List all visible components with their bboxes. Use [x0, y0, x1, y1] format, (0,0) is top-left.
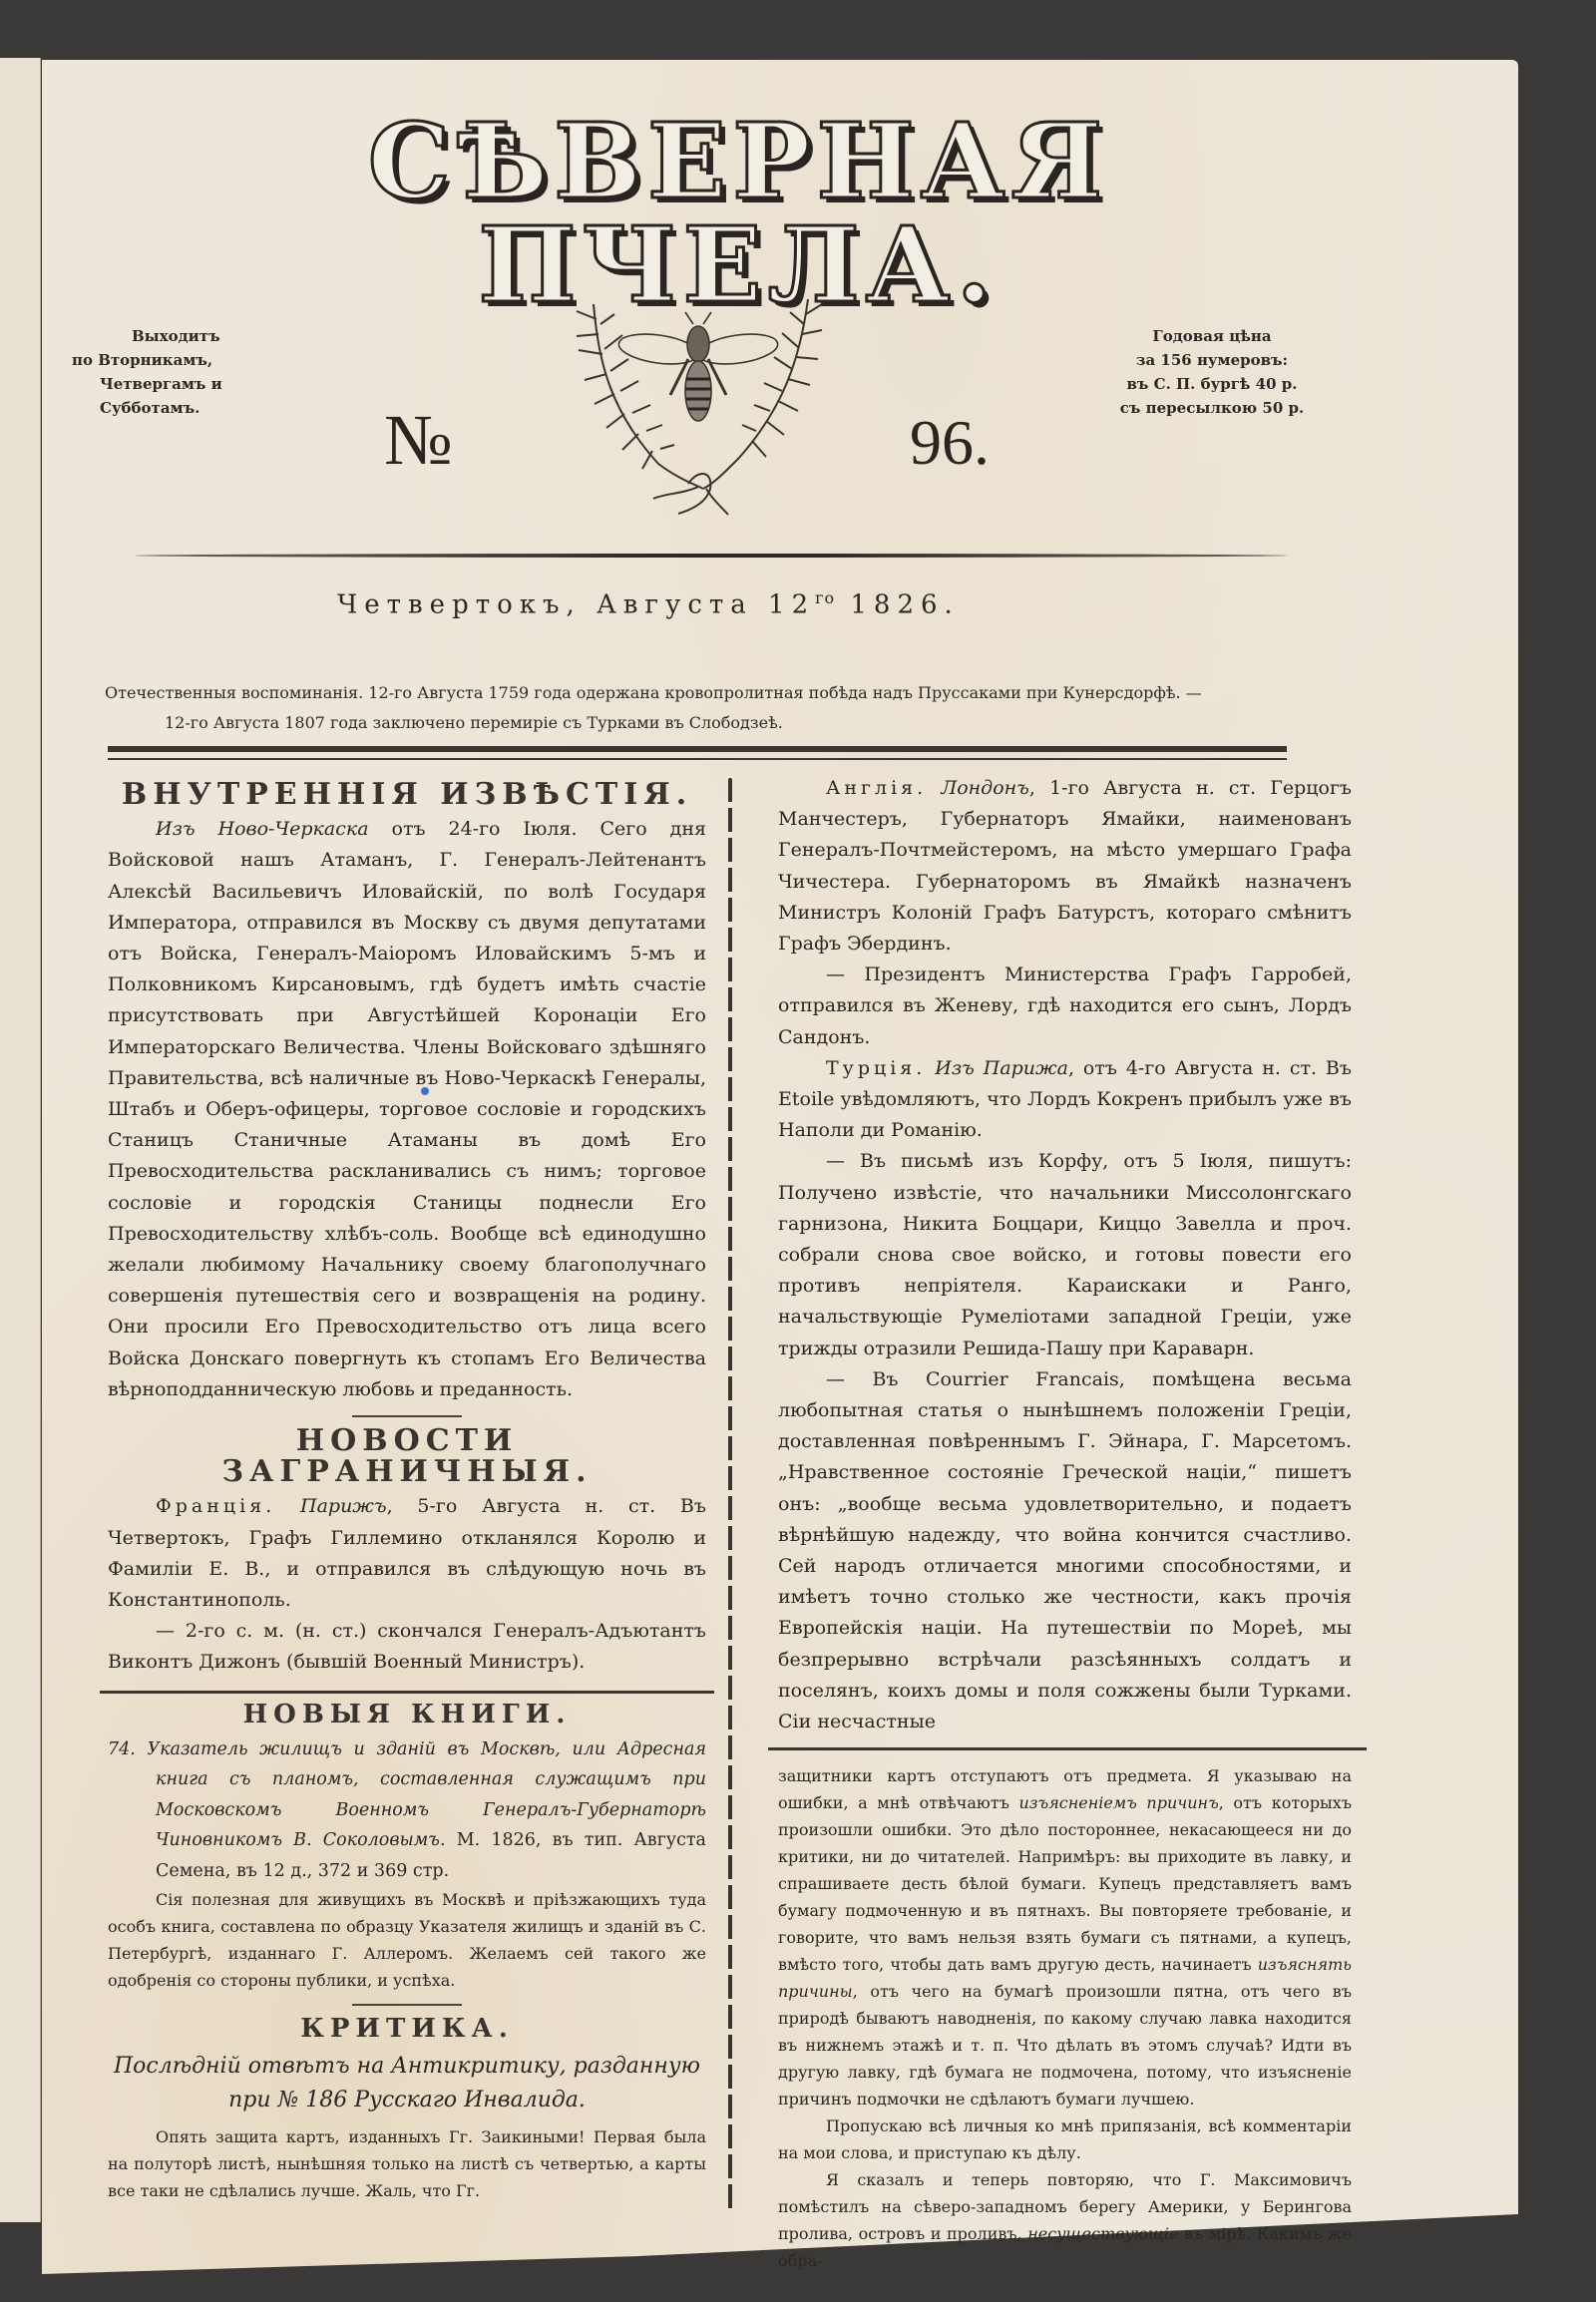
issue-number-label: № [384, 404, 453, 476]
article-corfu: — Въ письмѣ изъ Корфу, отъ 5 Іюля, пишут… [778, 1146, 1352, 1363]
article-text: , 1-го Августа н. ст. Герцогъ Манчестеръ… [778, 777, 1352, 955]
city-label: Изъ Парижа [935, 1057, 1068, 1079]
bee-wreath-icon [539, 279, 858, 519]
section-title-critique: КРИТИКА. [108, 2014, 706, 2045]
article-novocherkassk: Изъ Ново-Черкаска отъ 24-го Іюля. Сего д… [108, 814, 706, 1405]
book-review: Сія полезная для живущихъ въ Москвѣ и пр… [108, 1886, 706, 1994]
price-line: въ С. П. бургѣ 40 р. [1087, 372, 1337, 396]
country-label: Турція. [826, 1057, 926, 1079]
critique-paragraph: Я сказалъ и теперь повторяю, что Г. Макс… [778, 2166, 1352, 2274]
article-turkey: Турція. Изъ Парижа, отъ 4-го Августа н. … [778, 1053, 1352, 1147]
country-label: Франція. [156, 1495, 275, 1517]
article-harrowby: — Президентъ Министерства Графъ Гарробей… [778, 959, 1352, 1053]
article-england: Англія. Лондонъ, 1-го Августа н. ст. Гер… [778, 773, 1352, 959]
schedule-line: Субботамъ. [72, 396, 291, 420]
price-line: за 156 нумеровъ: [1087, 348, 1337, 372]
issue-number: 96. [910, 411, 990, 475]
subscription-price: Годовая цѣна за 156 нумеровъ: въ С. П. б… [1087, 324, 1337, 420]
divider [100, 1691, 714, 1694]
date-day: Четвертокъ, Августа 12 [337, 590, 815, 620]
article-france: Франція. Парижъ, 5-го Августа н. ст. Въ … [108, 1491, 706, 1616]
city-label: Парижъ [300, 1495, 387, 1517]
emphasis: несуществующіе [1027, 2224, 1178, 2243]
publication-schedule: Выходитъ по Вторникамъ, Четвергамъ и Суб… [72, 324, 291, 420]
critique-continuation: защитники картъ отступаютъ отъ предмета.… [778, 1762, 1352, 2274]
section-title-domestic: ВНУТРЕННІЯ ИЗВѢСТІЯ. [108, 779, 706, 810]
critique-paragraph: защитники картъ отступаютъ отъ предмета.… [778, 1762, 1352, 2112]
country-label: Англія. [826, 777, 927, 799]
divider [352, 1415, 462, 1417]
divider [768, 1747, 1367, 1750]
right-column: Англія. Лондонъ, 1-го Августа н. ст. Гер… [778, 773, 1352, 2274]
memorial-notice: Отечественныя воспоминанія. 12-го Август… [105, 678, 1292, 738]
schedule-line: Четвергамъ и [72, 372, 291, 396]
article-lead: Изъ Ново-Черкаска [156, 818, 369, 840]
column-divider [728, 778, 732, 2214]
city-label: Лондонъ [941, 777, 1028, 799]
section-rule [108, 746, 1287, 760]
left-column: ВНУТРЕННІЯ ИЗВѢСТІЯ. Изъ Ново-Черкаска о… [108, 773, 706, 2204]
text-run: , отъ которыхъ произошли ошибки. Это дѣл… [778, 1793, 1352, 1974]
schedule-line: Выходитъ [72, 324, 291, 348]
schedule-line: по Вторникамъ, [72, 348, 291, 372]
emphasis: изъясненіемъ причинъ [1019, 1793, 1219, 1812]
article-text: отъ 24-го Іюля. Сего дня Войсковой нашъ … [108, 818, 706, 1400]
book-entry: 74. Указатель жилищъ и зданій въ Москвѣ,… [108, 1734, 706, 1887]
article-dijon: — 2-го с. м. (н. ст.) скончался Генералъ… [108, 1616, 706, 1678]
memorial-line: Отечественныя воспоминанія. 12-го Август… [105, 678, 1292, 708]
dateline: Четвертокъ, Августа 12го 1826. [190, 588, 1107, 620]
critique-paragraph: Пропускаю всѣ личныя ко мнѣ припязанія, … [778, 2112, 1352, 2166]
facing-page-edge [0, 58, 41, 2222]
critique-subtitle: Послѣдній отвѣтъ на Антикритику, разданн… [108, 2050, 706, 2117]
section-title-books: НОВЫЯ КНИГИ. [108, 1700, 706, 1730]
text-run: , отъ чего на бумагѣ произошли пятна, от… [778, 1982, 1352, 2109]
price-line: съ пересылкою 50 р. [1087, 396, 1337, 420]
divider [352, 2004, 462, 2006]
section-title-foreign: НОВОСТИ ЗАГРАНИЧНЫЯ. [108, 1425, 706, 1487]
article-courrier: — Въ Courrier Francais, помѣщена весьма … [778, 1364, 1352, 1737]
price-line: Годовая цѣна [1087, 324, 1337, 348]
critique-text: Опять защита картъ, изданныхъ Гг. Заикин… [108, 2123, 706, 2204]
header-rule [135, 554, 1287, 558]
memorial-line: 12-го Августа 1807 года заключено переми… [105, 708, 1292, 738]
date-suffix: го [815, 588, 835, 607]
ink-spot [421, 1087, 429, 1095]
date-year: 1826. [835, 590, 960, 620]
